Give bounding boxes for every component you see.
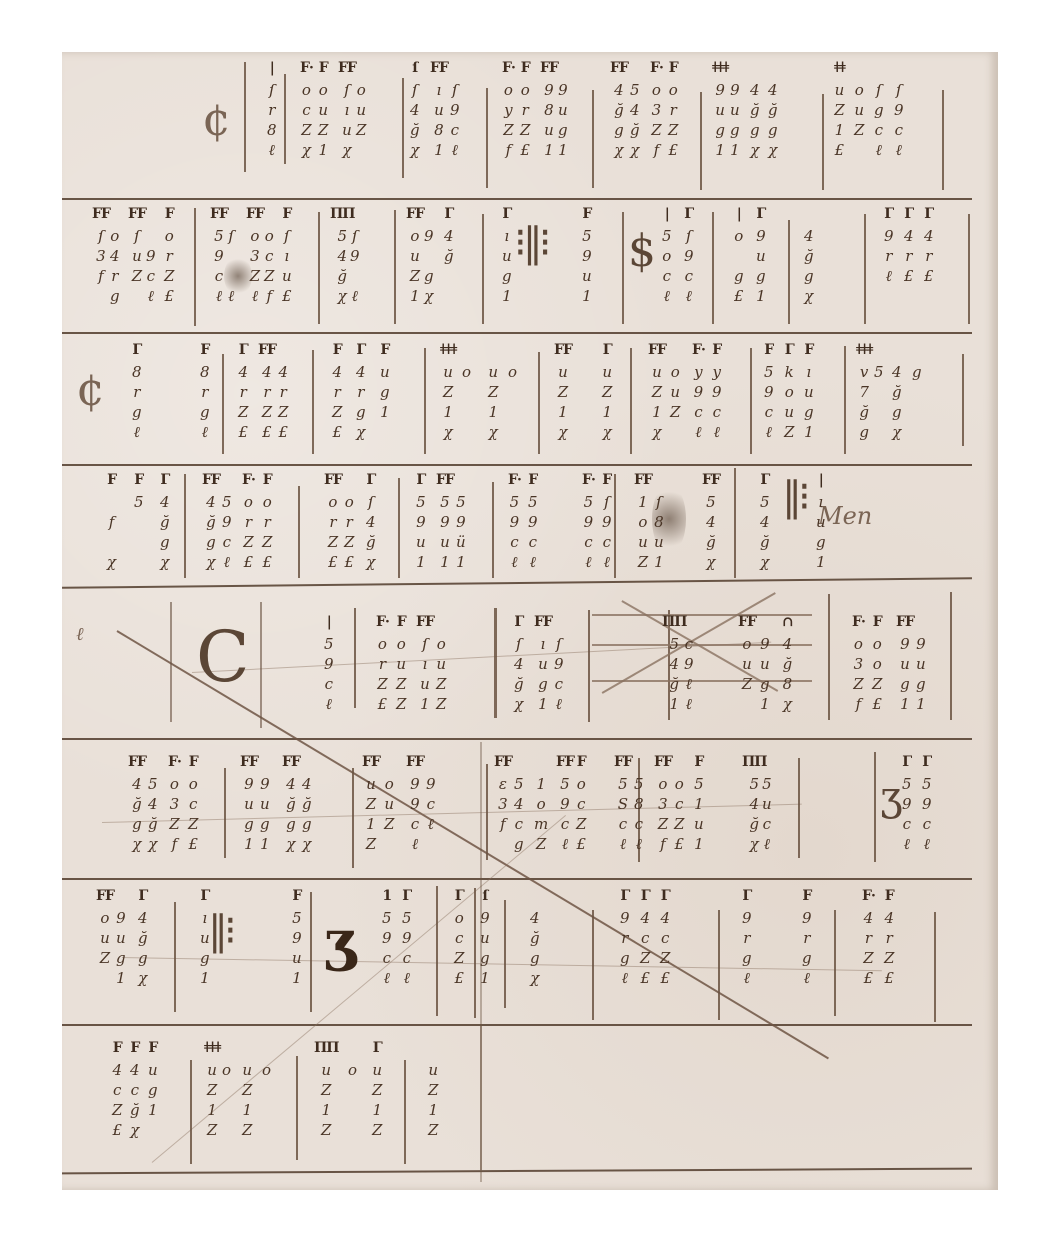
tablature-letter: Z xyxy=(674,814,684,834)
tablature-chord: 1omZ xyxy=(534,752,548,854)
rhythm-flag: ǂǂǂ xyxy=(440,340,456,362)
tablature-letter: r xyxy=(522,100,529,120)
tablature-letter: χ xyxy=(706,552,715,572)
tablature-letter: ℓ xyxy=(412,834,418,854)
tablature-letter: £ xyxy=(924,266,934,286)
tablature-letter: u xyxy=(538,654,548,674)
rhythm-flag: FF xyxy=(406,204,424,226)
tablature-letter: f xyxy=(500,814,506,834)
tablature-chord: F59u1 xyxy=(582,204,592,306)
tablature-letter: Z xyxy=(250,266,260,286)
rhythm-flag: Γ xyxy=(373,1038,382,1060)
barline xyxy=(298,486,300,578)
tablature-letter: ı xyxy=(818,492,823,512)
tablature-letter: Z xyxy=(410,266,420,286)
tablature-letter: Z xyxy=(169,814,179,834)
tablature-letter: g xyxy=(804,402,814,422)
tablature-letter: c xyxy=(619,814,627,834)
tablature-letter: u xyxy=(670,382,680,402)
tablature-letter: £ xyxy=(188,834,198,854)
tablature-letter: ℓ xyxy=(269,140,275,160)
tablature-letter: £ xyxy=(238,422,248,442)
rhythm-flag: FF xyxy=(702,470,720,492)
rhythm-flag: FF xyxy=(338,58,356,80)
tablature-letter: 1 xyxy=(502,286,512,306)
tablature-letter: g xyxy=(160,532,170,552)
tablature-letter: u xyxy=(654,532,664,552)
tablature-letter: 4 xyxy=(278,362,288,382)
tablature-letter: 5 xyxy=(148,774,158,794)
tablature-chord: F5 xyxy=(134,470,144,572)
tablature-chord: ǂǂǂ9ug1 xyxy=(712,58,728,160)
mensuration-sign: ¢ xyxy=(76,362,105,416)
barline xyxy=(834,910,836,1016)
barline xyxy=(174,902,176,1012)
tablature-chord: FouZZ xyxy=(396,612,406,714)
tablature-letter: 4 xyxy=(130,1060,140,1080)
tablature-letter: c xyxy=(685,266,693,286)
tablature-letter: ℓ xyxy=(428,814,434,834)
barline xyxy=(310,892,312,1012)
tablature-letter: χ xyxy=(750,140,759,160)
tablature-letter: Z xyxy=(318,120,328,140)
tablature-chord: Γſ4ğχ xyxy=(514,612,524,714)
tablature-chord: 59cℓ xyxy=(222,470,232,572)
tablature-letter: o xyxy=(658,774,667,794)
tablature-letter: Z xyxy=(652,382,662,402)
tablature-chord: 9cℓ xyxy=(426,752,436,854)
tablature-chord: Ffχ xyxy=(107,470,116,572)
tablature-letter: 4 xyxy=(904,226,914,246)
rhythm-flag: F xyxy=(319,58,328,80)
tablature-letter: 1 xyxy=(244,834,254,854)
tablature-letter: Z xyxy=(321,1120,331,1140)
tablature-letter: u xyxy=(207,1060,217,1080)
tablature-letter: 8 xyxy=(783,674,793,694)
tablature-letter: o xyxy=(638,512,647,532)
rhythm-flag: F xyxy=(263,470,272,492)
tablature-letter: 4 xyxy=(783,634,793,654)
tablature-letter: 1 xyxy=(488,402,498,422)
tablature-letter: ğ xyxy=(302,794,312,814)
tablature-letter: r xyxy=(166,246,173,266)
tablature-chord: F51u1 xyxy=(694,752,704,854)
tablature-letter: χ xyxy=(366,552,375,572)
tablature-chord: 4rZ£ xyxy=(278,340,288,442)
tablature-letter: 8 xyxy=(634,794,644,814)
tablature-letter: y xyxy=(713,362,721,382)
rhythm-flag: FF xyxy=(92,204,110,226)
tablature-letter: u xyxy=(760,654,770,674)
tablature-letter: c xyxy=(189,794,197,814)
tablature-letter: ℓ xyxy=(562,834,568,854)
tablature-letter: g xyxy=(874,100,884,120)
tablature-letter: χ xyxy=(760,552,769,572)
tablature-letter: Z xyxy=(436,674,446,694)
tablature-letter: ı xyxy=(437,80,442,100)
tablature-letter: o xyxy=(854,634,863,654)
mensuration-sign-3: ʒ xyxy=(324,908,356,974)
tablature-letter: u xyxy=(816,512,826,532)
tablature-letter: 9 xyxy=(244,774,254,794)
tablature-chord: Γ9rgℓ xyxy=(742,886,752,988)
tablature-letter: u xyxy=(730,100,740,120)
tablature-letter: u xyxy=(244,794,254,814)
tablature-chord: ſſ4ğχ xyxy=(410,58,420,160)
rhythm-flag: F xyxy=(189,752,198,774)
tablature-letter: r xyxy=(280,382,287,402)
tablature-letter: 9 xyxy=(916,634,926,654)
tablature-letter: χ xyxy=(302,140,311,160)
tablature-letter: c xyxy=(325,674,333,694)
tablature-letter: £ xyxy=(164,286,174,306)
barline xyxy=(436,886,438,1016)
tablature-chord: o xyxy=(222,1038,231,1140)
tablature-letter: Z xyxy=(328,532,338,552)
tablature-letter: 8 xyxy=(544,100,554,120)
tablature-letter: 9 xyxy=(350,246,360,266)
tablature-letter: r xyxy=(621,928,628,948)
tablature-letter: Z xyxy=(638,552,648,572)
tablature-letter: 4 xyxy=(530,908,540,928)
tablature-letter: o xyxy=(328,492,337,512)
tablature-chord: FF54ğχ xyxy=(702,470,720,572)
tablature-letter: χ xyxy=(750,834,759,854)
tablature-letter: o xyxy=(521,80,530,100)
tablature-letter: χ xyxy=(424,286,433,306)
tablature-letter: ℓ xyxy=(744,968,750,988)
tablature-letter: r xyxy=(346,512,353,532)
tablature-letter: ſ xyxy=(134,226,140,246)
tablature-letter: c xyxy=(661,928,669,948)
tablature-letter: c xyxy=(561,814,569,834)
tablature-chord: Γſ4ğχ xyxy=(366,470,376,572)
tablature-letter: 5 xyxy=(510,492,520,512)
tablature-letter: 1 xyxy=(582,286,592,306)
rhythm-flag: FF xyxy=(610,58,628,80)
barline xyxy=(284,74,286,164)
tablature-letter: 1 xyxy=(434,140,444,160)
tablature-letter: Z xyxy=(668,120,678,140)
tablature-letter: u xyxy=(410,246,420,266)
tablature-letter: o xyxy=(189,774,198,794)
tablature-letter: χ xyxy=(160,552,169,572)
tablature-letter: o xyxy=(410,226,419,246)
tablature-chord: ouZ xyxy=(670,340,680,442)
rhythm-flag: F· xyxy=(376,612,389,634)
tablature-letter: £ xyxy=(674,834,684,854)
tablature-letter: g xyxy=(132,814,142,834)
tablature-chord: FF98u1 xyxy=(540,58,558,160)
tablature-chord: F4cğχ xyxy=(130,1038,140,1140)
tablature-letter: 1 xyxy=(292,968,302,988)
rhythm-flag: Γ xyxy=(160,470,169,492)
tablature-letter: g xyxy=(892,402,902,422)
tablature-chord: Γıug1 xyxy=(502,204,512,306)
tablature-letter: c xyxy=(555,674,563,694)
tablature-letter: Z xyxy=(536,834,546,854)
tablature-letter: o xyxy=(508,362,517,382)
barline xyxy=(492,482,494,578)
tablature-chord: FouZ1 xyxy=(318,58,328,160)
tablature-letter: 1 xyxy=(456,552,466,572)
mensuration-sign: ¢ xyxy=(202,92,231,146)
tablature-letter: u xyxy=(148,1060,158,1080)
tablature-letter: 5 xyxy=(762,774,772,794)
tablature-letter: ğ xyxy=(410,120,420,140)
barline xyxy=(244,62,246,172)
barline xyxy=(712,212,714,324)
tablature-letter: Z xyxy=(884,948,894,968)
barline xyxy=(750,348,752,454)
rhythm-flag: F xyxy=(134,470,143,492)
tablature-letter: 1 xyxy=(669,694,679,714)
tablature-letter: g xyxy=(750,120,760,140)
tablature-letter: ğ xyxy=(614,100,624,120)
tablature-letter: 5 xyxy=(764,362,774,382)
tablature-letter: Z xyxy=(660,948,670,968)
barline xyxy=(402,78,404,178)
barline xyxy=(630,348,632,454)
rhythm-flag: FF xyxy=(534,612,552,634)
tablature-letter: f xyxy=(172,834,178,854)
tablature-letter: ℓ xyxy=(664,286,670,306)
tablature-letter: u xyxy=(488,362,498,382)
rhythm-flag: F xyxy=(602,470,611,492)
tablature-letter: u xyxy=(384,794,394,814)
tablature-letter: ſ xyxy=(516,634,522,654)
tablature-letter: o xyxy=(437,634,446,654)
tablature-letter: c xyxy=(923,814,931,834)
tablature-letter: 5 xyxy=(922,774,932,794)
rhythm-flag: FF xyxy=(96,886,114,908)
tablature-letter: ğ xyxy=(130,1100,140,1120)
tablature-chord: Γ4rgχ xyxy=(356,340,366,442)
tablature-letter: 4 xyxy=(110,246,120,266)
rhythm-flag: FF xyxy=(246,204,264,226)
tablature-letter: y xyxy=(504,100,512,120)
tablature-chord: FForZ£ xyxy=(324,470,342,572)
tablature-letter: Z xyxy=(396,674,406,694)
tablature-letter: u xyxy=(434,100,444,120)
tablature-letter: 1 xyxy=(715,140,725,160)
tablature-letter: 9 xyxy=(715,80,725,100)
barline xyxy=(828,594,830,720)
tablature-letter: c xyxy=(411,814,419,834)
repeat-sign: ‖⁝ xyxy=(782,474,807,520)
tablature-chord: FFuZ1χ xyxy=(554,340,572,442)
tablature-letter: χ xyxy=(630,140,639,160)
tablature-letter: 4 xyxy=(302,774,312,794)
tablature-chord: |og£ xyxy=(734,204,744,306)
tablature-letter: o xyxy=(577,774,586,794)
tablature-letter: g xyxy=(530,948,540,968)
tablature-letter: Z xyxy=(454,948,464,968)
tablature-letter: g xyxy=(538,674,548,694)
tablature-letter: Z xyxy=(242,1080,252,1100)
tablature-letter: c xyxy=(223,532,231,552)
tablature-letter: 1 xyxy=(200,968,210,988)
tablature-letter: 4 xyxy=(768,80,778,100)
tablature-letter: 5 xyxy=(874,362,884,382)
tablature-letter: g xyxy=(380,382,390,402)
tablature-letter: c xyxy=(641,928,649,948)
barline xyxy=(822,94,824,190)
tablature-letter: ℓ xyxy=(695,422,701,442)
rhythm-flag: Γ xyxy=(785,340,794,362)
tablature-letter: 3 xyxy=(652,100,662,120)
tablature-letter: ğ xyxy=(783,654,793,674)
tablature-letter: 5 xyxy=(582,226,592,246)
tablature-letter: u xyxy=(544,120,554,140)
tablature-letter: 8 xyxy=(654,512,664,532)
rhythm-flag: F xyxy=(764,340,773,362)
tablature-letter: Z xyxy=(344,532,354,552)
tablature-chord: FFſ3f xyxy=(92,204,110,306)
rhythm-flag: Γ xyxy=(684,204,693,226)
tablature-letter: 9 xyxy=(902,794,912,814)
tablature-letter: 5 xyxy=(402,908,412,928)
tablature-letter: 4 xyxy=(132,774,142,794)
marginal-annotation: Men xyxy=(818,502,872,530)
tablature-letter: g xyxy=(742,948,752,968)
tablature-letter: ſ xyxy=(412,80,418,100)
tablature-chord: Γ4rZ£ xyxy=(238,340,248,442)
tablature-chord: F59u1 xyxy=(292,886,302,988)
tablature-letter: 9 xyxy=(402,928,412,948)
tablature-letter: χ xyxy=(804,286,813,306)
tablature-letter: 9 xyxy=(764,382,774,402)
tablature-letter: χ xyxy=(514,694,523,714)
rhythm-flag: Γ xyxy=(902,752,911,774)
tablature-letter: £ xyxy=(520,140,530,160)
tablature-letter: o xyxy=(675,774,684,794)
tablature-letter: 4 xyxy=(366,512,376,532)
tablature-chord: 9ug1 xyxy=(116,886,126,988)
tablature-letter: £ xyxy=(278,422,288,442)
tablature-letter: g xyxy=(132,402,142,422)
tablature-chord: ſ9cℓ xyxy=(554,612,564,714)
tablature-letter: 5 xyxy=(416,492,426,512)
tablature-letter: ğ xyxy=(892,382,902,402)
tablature-letter: 9 xyxy=(684,654,694,674)
tablature-letter: χ xyxy=(286,834,295,854)
tablature-letter: u xyxy=(420,674,430,694)
tablature-letter: Z xyxy=(278,402,288,422)
barline xyxy=(942,90,944,190)
tablature-chord: ǂǂǂuZ1χ xyxy=(440,340,456,442)
tablature-letter: r xyxy=(111,266,118,286)
tablature-letter: g xyxy=(900,674,910,694)
tablature-chord: F59cℓ xyxy=(764,340,774,442)
tablature-letter: 1 xyxy=(321,1100,331,1120)
tablature-chord: g xyxy=(912,340,922,442)
tablature-letter: u xyxy=(694,814,704,834)
rhythm-flag: ∩ xyxy=(782,612,793,634)
rhythm-flag: Γ xyxy=(641,886,650,908)
tablature-letter: 9 xyxy=(558,80,568,100)
rhythm-flag: FF xyxy=(648,340,666,362)
tablature-letter: χ xyxy=(132,834,141,854)
tablature-letter: g xyxy=(116,948,126,968)
tablature-chord: Γ59cℓ xyxy=(922,752,932,854)
tablature-letter: 4 xyxy=(614,80,624,100)
tablature-letter: 1 xyxy=(242,1100,252,1120)
rhythm-flag: ǂǂǂ xyxy=(204,1038,220,1060)
rhythm-flag: F xyxy=(669,58,678,80)
tablature-letter: ğ xyxy=(366,532,376,552)
tablature-letter: χ xyxy=(302,834,311,854)
tablature-letter: £ xyxy=(660,968,670,988)
tablature-letter: u xyxy=(416,532,426,552)
tablature-chord: FF1ouZ xyxy=(634,470,652,572)
rhythm-flag: ǂǂ xyxy=(834,58,845,80)
barline xyxy=(700,92,702,190)
tablature-letter: 9 xyxy=(730,80,740,100)
tablature-letter: ſ xyxy=(228,226,234,246)
rhythm-flag: Γ xyxy=(661,886,670,908)
tablature-letter: 4 xyxy=(760,512,770,532)
tablature-letter: Z xyxy=(602,382,612,402)
rhythm-flag: F xyxy=(804,340,813,362)
tablature-letter: k xyxy=(785,362,794,382)
tablature-letter: χ xyxy=(768,140,777,160)
tablature-letter: 1 xyxy=(730,140,740,160)
tablature-letter: ℓ xyxy=(904,834,910,854)
tablature-letter: o xyxy=(357,80,366,100)
rhythm-flag: Γ xyxy=(132,340,141,362)
tablature-letter: Z xyxy=(372,1080,382,1100)
tablature-letter: g xyxy=(502,266,512,286)
tablature-chord: FFo3Zf xyxy=(654,752,672,854)
tablature-chord: ForZ£ xyxy=(520,58,530,160)
tablature-chord: FF9ug1 xyxy=(240,752,258,854)
tablature-letter: 1 xyxy=(558,140,568,160)
barline xyxy=(874,752,876,862)
tablature-letter: c xyxy=(515,814,523,834)
tablature-letter: 9 xyxy=(756,226,766,246)
rhythm-flag: FF xyxy=(128,752,146,774)
barline xyxy=(592,90,594,188)
tablature-letter: 1 xyxy=(638,492,648,512)
tablature-chord: FF9ug1 xyxy=(896,612,914,714)
tablature-letter: u xyxy=(900,654,910,674)
tablature-letter: u xyxy=(366,774,376,794)
tablature-letter: 4 xyxy=(924,226,934,246)
tablature-letter: u xyxy=(396,654,406,674)
tablature-chord: 9ug1 xyxy=(916,612,926,714)
tablature-letter: £ xyxy=(872,694,882,714)
tablature-letter: 1 xyxy=(207,1100,217,1120)
tablature-letter: u xyxy=(916,654,926,674)
tablature-chord: FFıu81 xyxy=(430,58,448,160)
tablature-letter: 8 xyxy=(267,120,277,140)
tablature-letter: 3 xyxy=(498,794,508,814)
tablature-letter: 1 xyxy=(652,402,662,422)
tablature-chord: FFuZ1Z xyxy=(362,752,380,854)
tablature-chord: Γ8rgℓ xyxy=(132,340,142,442)
tablature-chord: Fug1 xyxy=(148,1038,158,1140)
tablature-letter: 4 xyxy=(337,246,347,266)
tablature-letter: ℓ xyxy=(148,286,154,306)
tablature-letter: 4 xyxy=(286,774,296,794)
tablature-letter: Z xyxy=(366,794,376,814)
barline xyxy=(224,768,226,858)
rhythm-flag: FF xyxy=(436,470,454,492)
rhythm-flag: F· xyxy=(502,58,515,80)
tablature-letter: u xyxy=(282,266,292,286)
tablature-letter: 1 xyxy=(602,402,612,422)
